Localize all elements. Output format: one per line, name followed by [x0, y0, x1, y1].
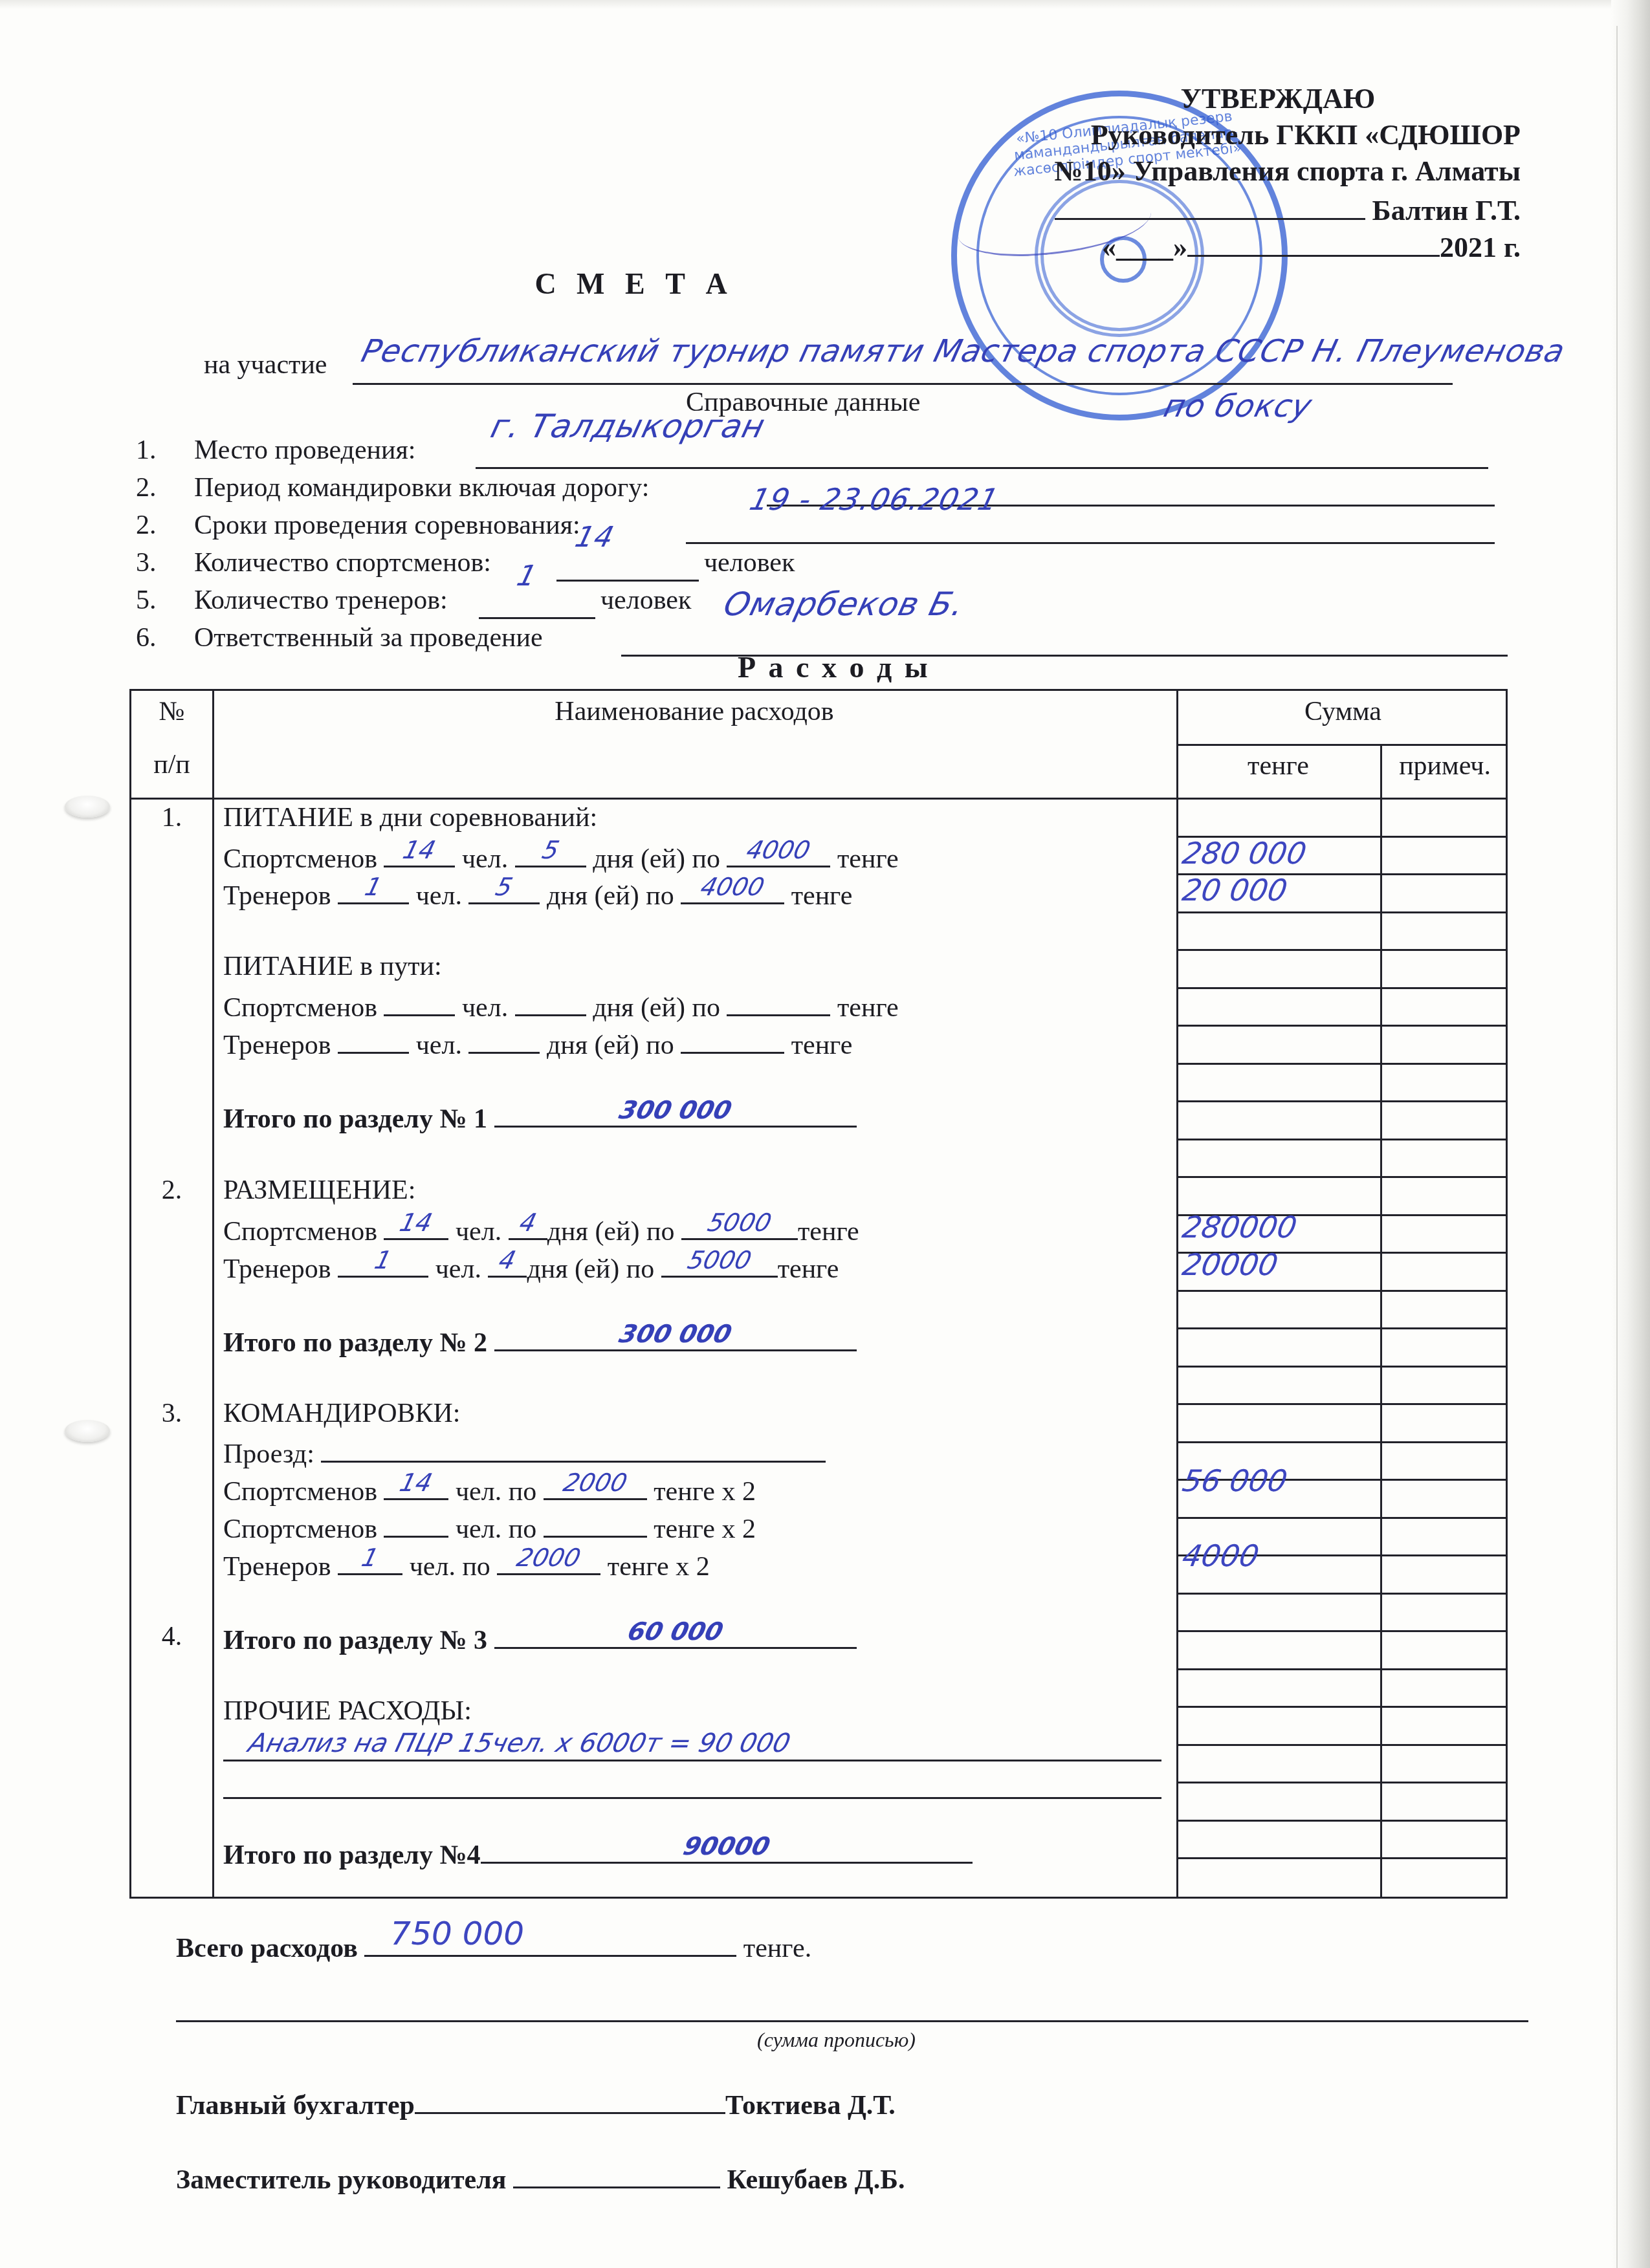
reference-item-field	[556, 580, 699, 582]
approval-block: УТВЕРЖДАЮ Руководитель ГККП «СДЮШОР №10»…	[958, 81, 1521, 266]
travel-label: Проезд:	[223, 1435, 826, 1470]
amount-value: 280 000	[1180, 836, 1309, 871]
paper-top-edge	[0, 0, 1611, 9]
punch-hole	[65, 1420, 110, 1442]
header-name: Наименование расходов	[212, 696, 1176, 727]
header-sum: Сумма	[1176, 696, 1510, 727]
days-field: 5	[468, 877, 540, 904]
participation-underline	[353, 383, 1453, 385]
expense-row: Спортсменов 14 чел. 5 дня (ей) по 4000 т…	[223, 840, 899, 875]
rate-field: 2000	[544, 1472, 647, 1500]
reference-item-label: Сроки проведения соревнования:	[194, 510, 580, 541]
section-title: ПРОЧИЕ РАСХОДЫ:	[223, 1696, 472, 1727]
section-title: КОМАНДИРОВКИ:	[223, 1398, 461, 1429]
people-field: 14	[384, 1472, 448, 1500]
expenses-heading: Р а с х о д ы	[738, 650, 930, 684]
people-field: 1	[338, 877, 409, 904]
sum-row-divider	[1176, 1327, 1506, 1329]
paper-right-edge	[1611, 0, 1650, 2268]
header-divider	[131, 798, 1506, 800]
days-field: 4	[509, 1212, 547, 1240]
other-expenses-field: Анализ на ПЦР 15чел. х 6000т = 90 000	[223, 1734, 1161, 1761]
signature-chief-accountant: Главный бухгалтерТоктиева Д.Т.	[176, 2086, 896, 2121]
sum-row-divider	[1176, 1668, 1506, 1670]
total-unit: тенге.	[743, 1934, 811, 1963]
amount-value: 56 000	[1180, 1463, 1290, 1498]
total-value: 750 000	[390, 1915, 524, 1952]
reference-item-number: 1.	[136, 435, 157, 466]
header-num2: п/п	[131, 749, 212, 780]
expense-row: Спортсменов 14 чел. 4дня (ей) по 5000тен…	[223, 1212, 859, 1247]
header-tenge: тенге	[1176, 750, 1380, 781]
sum-row-divider	[1176, 1744, 1506, 1746]
reference-item-label: Период командировки включая дорогу:	[194, 472, 649, 503]
reference-item-field	[479, 617, 595, 619]
reference-item-number: 2.	[136, 510, 157, 541]
sum-row-divider	[1176, 1139, 1506, 1140]
days-field: 5	[515, 840, 586, 867]
rate-field: 4000	[727, 840, 830, 867]
document-title: С М Е Т А	[214, 267, 1055, 301]
section-title: ПИТАНИЕ в дни соревнований:	[223, 802, 597, 833]
reference-item-value: 14	[572, 521, 618, 554]
people-field: 14	[384, 1212, 448, 1240]
expense-row: Спортсменов чел. по тенге х 2	[223, 1510, 756, 1545]
signature-deputy-director: Заместитель руководителя Кешубаев Д.Б.	[176, 2161, 905, 2196]
amount-in-words-line	[176, 2020, 1528, 2022]
reference-item-value: 19 - 23.06.2021	[746, 482, 1002, 517]
people-field: 1	[338, 1547, 402, 1575]
reference-item-value: 1	[514, 560, 541, 593]
section-subtitle: ПИТАНИЕ в пути:	[223, 951, 442, 982]
section-number: 4.	[131, 1621, 212, 1652]
expense-row: Тренеров чел. дня (ей) по тенге	[223, 1026, 852, 1061]
section-total: Итого по разделу № 2 300 000	[223, 1324, 857, 1358]
reference-item-label: Ответственный за проведение	[194, 622, 543, 653]
expense-row: Тренеров 1 чел. 4дня (ей) по 5000тенге	[223, 1250, 839, 1285]
sum-row-divider	[1176, 1593, 1506, 1595]
section-total-field: 90000	[481, 1836, 973, 1864]
rate-field	[544, 1510, 647, 1538]
sum-row-divider	[1176, 987, 1506, 989]
days-field	[515, 988, 586, 1016]
punch-hole	[65, 796, 110, 818]
col-divider	[1380, 744, 1382, 1897]
section-number: 1.	[131, 802, 212, 833]
amount-in-words-caption: (сумма прописью)	[757, 2028, 916, 2052]
rate-field	[681, 1026, 784, 1054]
sum-row-divider	[1176, 1100, 1506, 1102]
reference-item-field	[686, 542, 1495, 544]
expense-row: Тренеров 1 чел. 5 дня (ей) по 4000 тенге	[223, 877, 852, 911]
sum-row-divider	[1176, 1176, 1506, 1178]
sum-row-divider	[1176, 949, 1506, 951]
other-expenses-line	[223, 1771, 1161, 1806]
rate-field: 4000	[681, 877, 784, 904]
total-label: Всего расходов	[176, 1934, 358, 1963]
total-field: 750 000	[364, 1928, 736, 1957]
reference-item-label: Количество спортсменов:	[194, 547, 491, 578]
days-field: 4	[488, 1250, 527, 1278]
sum-row-divider	[1176, 1517, 1506, 1519]
col-divider	[1176, 691, 1178, 1897]
sum-row-divider	[1176, 1290, 1506, 1292]
total-expenses: Всего расходов 750 000 тенге.	[176, 1928, 811, 1964]
participation-label: на участие	[204, 349, 327, 380]
header-note: примеч.	[1380, 750, 1510, 781]
reference-item-value: Омарбеков Б.	[720, 585, 969, 623]
section-total: Итого по разделу № 1 300 000	[223, 1100, 857, 1135]
participation-value-line2: по боксу	[1160, 388, 1316, 424]
amount-value: 280000	[1180, 1210, 1299, 1245]
section-number: 3.	[131, 1398, 212, 1429]
sum-row-divider	[1176, 1403, 1506, 1405]
sum-row-divider	[1176, 1025, 1506, 1027]
header-num: №	[131, 696, 212, 727]
reference-item-number: 3.	[136, 547, 157, 578]
expenses-table: № п/п Наименование расходов Сумма тенге …	[129, 689, 1508, 1899]
section-number: 2.	[131, 1175, 212, 1206]
section-total-field: 300 000	[494, 1100, 857, 1128]
sum-row-divider	[1176, 1782, 1506, 1783]
section-title: РАЗМЕЩЕНИЕ:	[223, 1175, 415, 1206]
reference-item-number: 6.	[136, 622, 157, 653]
travel-field	[321, 1435, 826, 1463]
section-total-field: 60 000	[494, 1621, 857, 1649]
reference-item-label: Место проведения:	[194, 435, 416, 466]
sum-row-divider	[1176, 1820, 1506, 1822]
section-total: Итого по разделу № 3 60 000	[223, 1621, 857, 1656]
days-field	[468, 1026, 540, 1054]
expense-row: Спортсменов чел. дня (ей) по тенге	[223, 988, 899, 1023]
reference-item-suffix: человек	[704, 547, 795, 578]
approval-heading: УТВЕРЖДАЮ	[958, 81, 1521, 117]
rate-field: 5000	[681, 1212, 798, 1240]
sum-row-divider	[1176, 1063, 1506, 1065]
people-field	[384, 1510, 448, 1538]
section-total-field: 300 000	[494, 1324, 857, 1351]
participation-value: Республиканский турнир памяти Мастера сп…	[358, 333, 1569, 369]
expense-row: Спортсменов 14 чел. по 2000 тенге х 2	[223, 1472, 756, 1507]
rate-field: 2000	[497, 1547, 600, 1575]
sum-row-divider	[1176, 911, 1506, 913]
approval-line1: Руководитель ГККП «СДЮШОР	[958, 117, 1521, 153]
amount-value: 20 000	[1180, 873, 1290, 908]
section-total: Итого по разделу №490000	[223, 1836, 973, 1871]
amount-value: 4000	[1180, 1538, 1262, 1573]
sum-row-divider	[1176, 1706, 1506, 1708]
other-expenses-note: Анализ на ПЦР 15чел. х 6000т = 90 000	[223, 1734, 1161, 1769]
sum-row-divider	[1176, 1441, 1506, 1443]
people-field	[338, 1026, 409, 1054]
reference-item-number: 2.	[136, 472, 157, 503]
col-divider	[212, 691, 214, 1897]
people-field	[384, 988, 455, 1016]
rate-field	[727, 988, 830, 1016]
row-divider	[1176, 744, 1506, 746]
amount-value: 20000	[1180, 1247, 1281, 1282]
reference-item-field	[476, 467, 1488, 469]
sum-row-divider	[1176, 1630, 1506, 1632]
reference-item-label: Количество тренеров:	[194, 585, 448, 616]
sum-row-divider	[1176, 1857, 1506, 1859]
approval-line2: №10» Управления спорта г. Алматы	[958, 153, 1521, 190]
expense-row: Тренеров 1 чел. по 2000 тенге х 2	[223, 1547, 710, 1582]
approval-signatory: Балтин Г.Т.	[958, 192, 1521, 229]
approval-date: «____»2021 г.	[958, 229, 1521, 266]
people-field: 1	[338, 1250, 428, 1278]
rate-field: 5000	[661, 1250, 778, 1278]
people-field: 14	[384, 840, 455, 867]
reference-item-number: 5.	[136, 585, 157, 616]
reference-item-suffix: человек	[600, 585, 691, 616]
sum-row-divider	[1176, 1366, 1506, 1368]
reference-item-value: г. Талдыкорган	[487, 408, 769, 445]
